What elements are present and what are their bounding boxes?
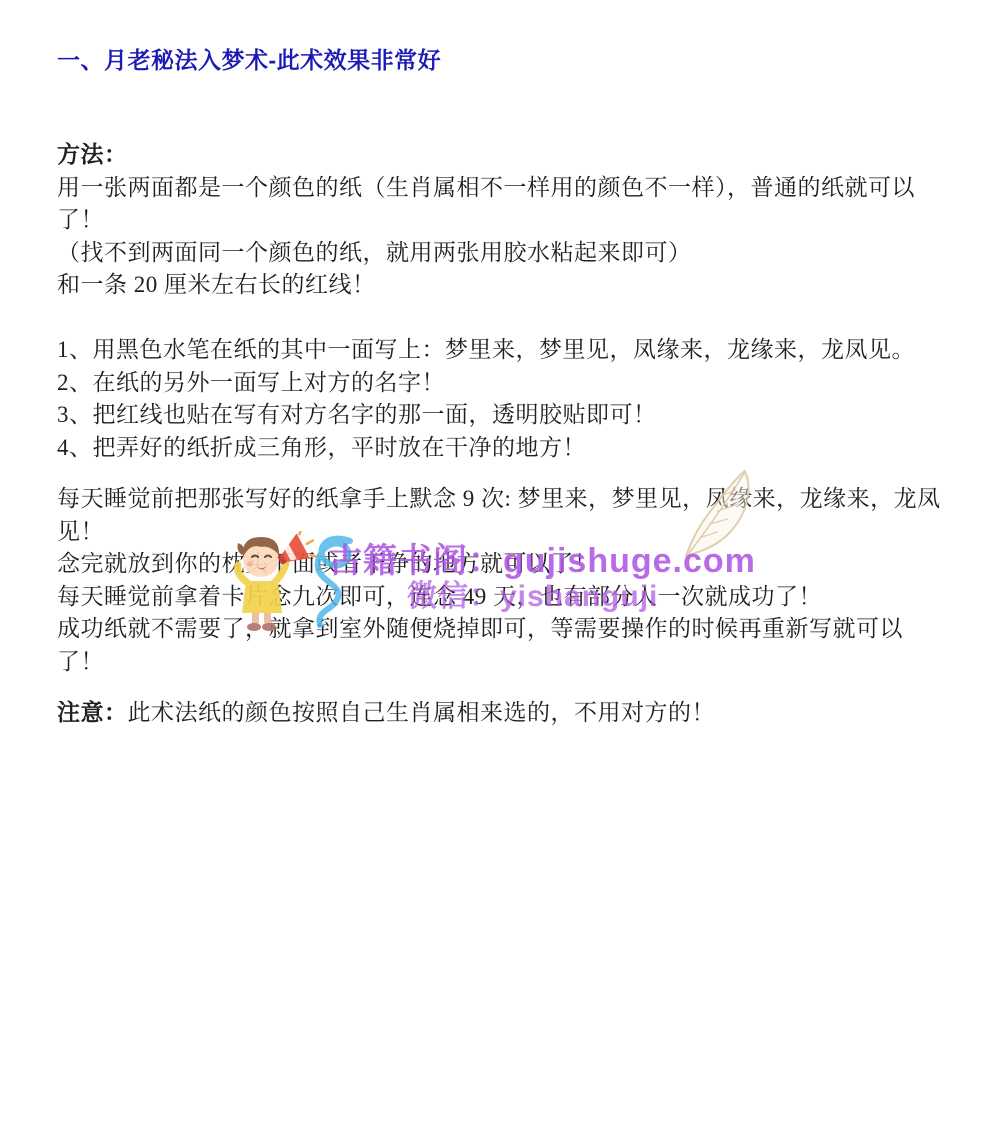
step-item-4: 4、把弄好的纸折成三角形，平时放在干净的地方！ bbox=[57, 432, 945, 465]
page-title: 一、月老秘法入梦术-此术效果非常好 bbox=[57, 42, 945, 75]
paragraph-intro-3: 和一条 20 厘米左右长的红线！ bbox=[57, 269, 945, 302]
document-page: 一、月老秘法入梦术-此术效果非常好 方法： 用一张两面都是一个颜色的纸（生肖属相… bbox=[0, 0, 998, 1140]
step-item-1: 1、用黑色水笔在纸的其中一面写上：梦里来，梦里见，凤缘来，龙缘来，龙凤见。 bbox=[57, 334, 945, 367]
blank-line bbox=[57, 302, 945, 335]
note-text: 此术法纸的颜色按照自己生肖属相来选的，不用对方的！ bbox=[128, 700, 716, 725]
blank-line bbox=[57, 678, 945, 697]
method-label: 方法： bbox=[57, 139, 945, 172]
paragraph-intro-1: 用一张两面都是一个颜色的纸（生肖属相不一样用的颜色不一样），普通的纸就可以了！ bbox=[57, 172, 945, 237]
paragraph-usage-4: 成功纸就不需要了，就拿到室外随便烧掉即可，等需要操作的时候再重新写就可以了！ bbox=[57, 613, 945, 678]
blank-line bbox=[57, 464, 945, 483]
step-item-3: 3、把红线也贴在写有对方名字的那一面，透明胶贴即可！ bbox=[57, 399, 945, 432]
document-content: 一、月老秘法入梦术-此术效果非常好 方法： 用一张两面都是一个颜色的纸（生肖属相… bbox=[57, 42, 945, 730]
step-item-2: 2、在纸的另外一面写上对方的名字！ bbox=[57, 367, 945, 400]
note-paragraph: 注意：此术法纸的颜色按照自己生肖属相来选的，不用对方的！ bbox=[57, 697, 945, 730]
paragraph-intro-2: （找不到两面同一个颜色的纸，就用两张用胶水粘起来即可） bbox=[57, 237, 945, 270]
note-label: 注意： bbox=[57, 700, 128, 725]
watermark-wechat-label: 微信：yishanguji bbox=[407, 571, 658, 615]
